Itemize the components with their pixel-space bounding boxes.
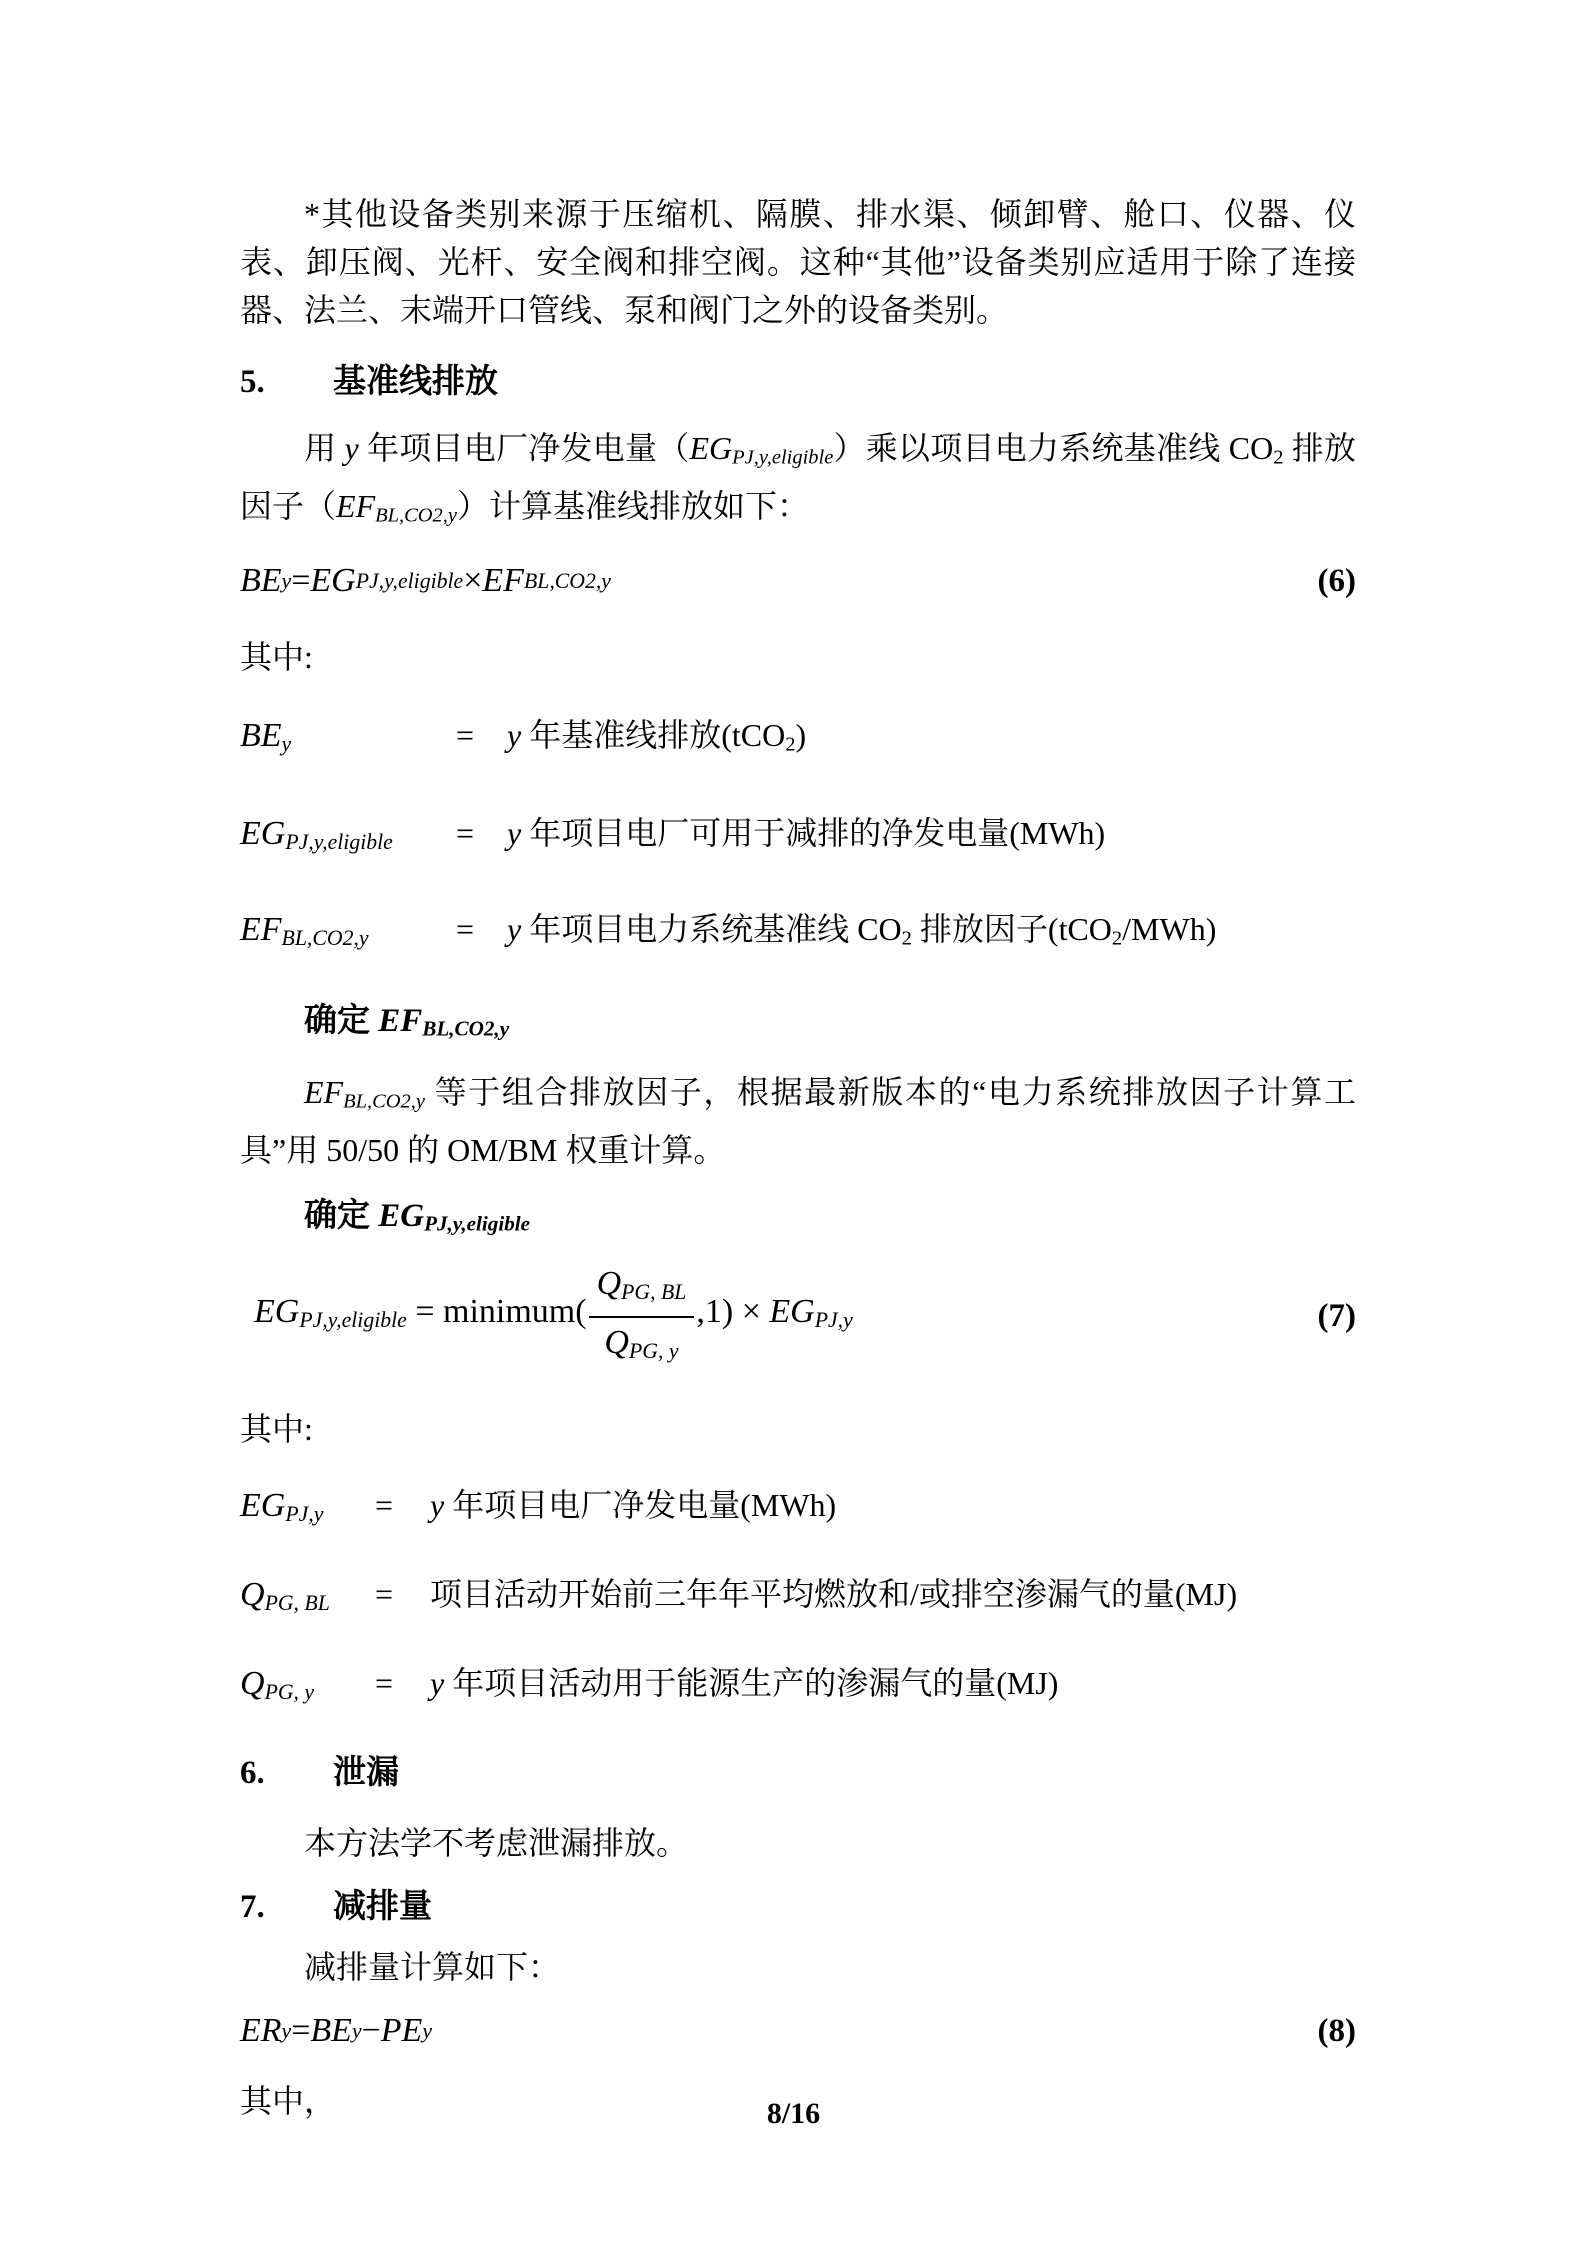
baseline-intro-paragraph: 用 y 年项目电厂净发电量（EGPJ,y,eligible）乘以项目电力系统基准… — [240, 424, 1356, 539]
formula-8: ERy = BEy − PEy (8) — [240, 2007, 1356, 2055]
equals-sign: = — [456, 711, 507, 759]
formula-7: EGPJ,y,eligible = minimum( QPG, BL QPG, … — [240, 1260, 1356, 1374]
equipment-note-paragraph: *其他设备类别来源于压缩机、隔膜、排水渠、倾卸臂、舱口、仪器、仪表、卸压阀、光杆… — [240, 190, 1356, 334]
section-number: 6. — [240, 1749, 333, 1797]
definition-description: 项目活动开始前三年年平均燃放和/或排空渗漏气的量(MJ) — [430, 1570, 1356, 1618]
determine-ef-subheading: 确定 EFBL,CO2,y — [240, 997, 1356, 1053]
formula-7-rhs: ,1) × EGPJ,y — [696, 1288, 852, 1344]
definition-row: QPG, BL = 项目活动开始前三年年平均燃放和/或排空渗漏气的量(MJ) — [240, 1570, 1356, 1627]
definition-description: y 年项目电厂净发电量(MWh) — [430, 1481, 1356, 1529]
section-7-heading: 7. 减排量 — [240, 1883, 1356, 1931]
definition-row: EFBL,CO2,y = y 年项目电力系统基准线 CO2 排放因子(tCO2/… — [240, 905, 1356, 963]
where-label-1: 其中: — [240, 633, 1356, 681]
definition-symbol: EGPJ,y — [240, 1482, 375, 1538]
definition-symbol: EFBL,CO2,y — [240, 906, 456, 962]
definition-list-b: EGPJ,y = y 年项目电厂净发电量(MWh) QPG, BL = 项目活动… — [240, 1481, 1356, 1715]
equals-sign: = — [375, 1481, 430, 1529]
definition-row: BEy = y 年基准线排放(tCO2) — [240, 711, 1356, 769]
determine-ef-paragraph: EFBL,CO2,y 等于组合排放因子，根据最新版本的“电力系统排放因子计算工具… — [240, 1068, 1356, 1174]
leakage-paragraph: 本方法学不考虑泄漏排放。 — [240, 1819, 1356, 1867]
section-number: 7. — [240, 1883, 333, 1931]
where-label-2: 其中: — [240, 1405, 1356, 1453]
fraction-numerator: QPG, BL — [589, 1260, 695, 1319]
section-5-heading: 5. 基准线排放 — [240, 358, 1356, 406]
definition-row: QPG, y = y 年项目活动用于能源生产的渗漏气的量(MJ) — [240, 1659, 1356, 1716]
definition-symbol: QPG, y — [240, 1660, 375, 1716]
formula-7-expression: EGPJ,y,eligible = minimum( QPG, BL QPG, … — [240, 1260, 853, 1374]
section-title: 泄漏 — [333, 1749, 399, 1797]
determine-eg-subheading: 确定 EGPJ,y,eligible — [240, 1192, 1356, 1248]
section-title: 减排量 — [333, 1883, 432, 1931]
formula-8-expression: ERy = BEy − PEy — [240, 2007, 432, 2055]
definition-description: y 年基准线排放(tCO2) — [507, 711, 1356, 769]
equals-sign: = — [375, 1570, 430, 1618]
formula-7-number: (7) — [1318, 1292, 1356, 1340]
page-content: *其他设备类别来源于压缩机、隔膜、排水渠、倾卸臂、舱口、仪器、仪表、卸压阀、光杆… — [240, 190, 1356, 2125]
definition-list-a: BEy = y 年基准线排放(tCO2) EGPJ,y,eligible = y… — [240, 711, 1356, 963]
section-number: 5. — [240, 358, 333, 406]
emission-reduction-paragraph: 减排量计算如下： — [240, 1943, 1356, 1991]
fraction-denominator: QPG, y — [604, 1318, 678, 1373]
definition-symbol: EGPJ,y,eligible — [240, 810, 456, 866]
equals-sign: = — [456, 905, 507, 953]
definition-row: EGPJ,y = y 年项目电厂净发电量(MWh) — [240, 1481, 1356, 1538]
definition-description: y 年项目活动用于能源生产的渗漏气的量(MJ) — [430, 1659, 1356, 1707]
formula-6-number: (6) — [1318, 557, 1356, 605]
footer-page-number: 8/16 — [0, 2090, 1587, 2138]
formula-6: BEy = EGPJ,y,eligible × EFBL,CO2,y (6) — [240, 557, 1356, 605]
definition-description: y 年项目电力系统基准线 CO2 排放因子(tCO2/MWh) — [507, 905, 1356, 963]
equals-sign: = — [375, 1659, 430, 1707]
formula-8-number: (8) — [1318, 2007, 1356, 2055]
definition-row: EGPJ,y,eligible = y 年项目电厂可用于减排的净发电量(MWh) — [240, 809, 1356, 866]
equals-sign: = — [456, 809, 507, 857]
fraction: QPG, BL QPG, y — [589, 1260, 695, 1374]
formula-6-expression: BEy = EGPJ,y,eligible × EFBL,CO2,y — [240, 557, 611, 605]
document-page: *其他设备类别来源于压缩机、隔膜、排水渠、倾卸臂、舱口、仪器、仪表、卸压阀、光杆… — [0, 0, 1587, 2245]
definition-symbol: BEy — [240, 712, 456, 768]
definition-description: y 年项目电厂可用于减排的净发电量(MWh) — [507, 809, 1356, 857]
definition-symbol: QPG, BL — [240, 1571, 375, 1627]
section-title: 基准线排放 — [333, 358, 498, 406]
formula-7-lhs: EGPJ,y,eligible = minimum( — [254, 1288, 587, 1344]
section-6-heading: 6. 泄漏 — [240, 1749, 1356, 1797]
